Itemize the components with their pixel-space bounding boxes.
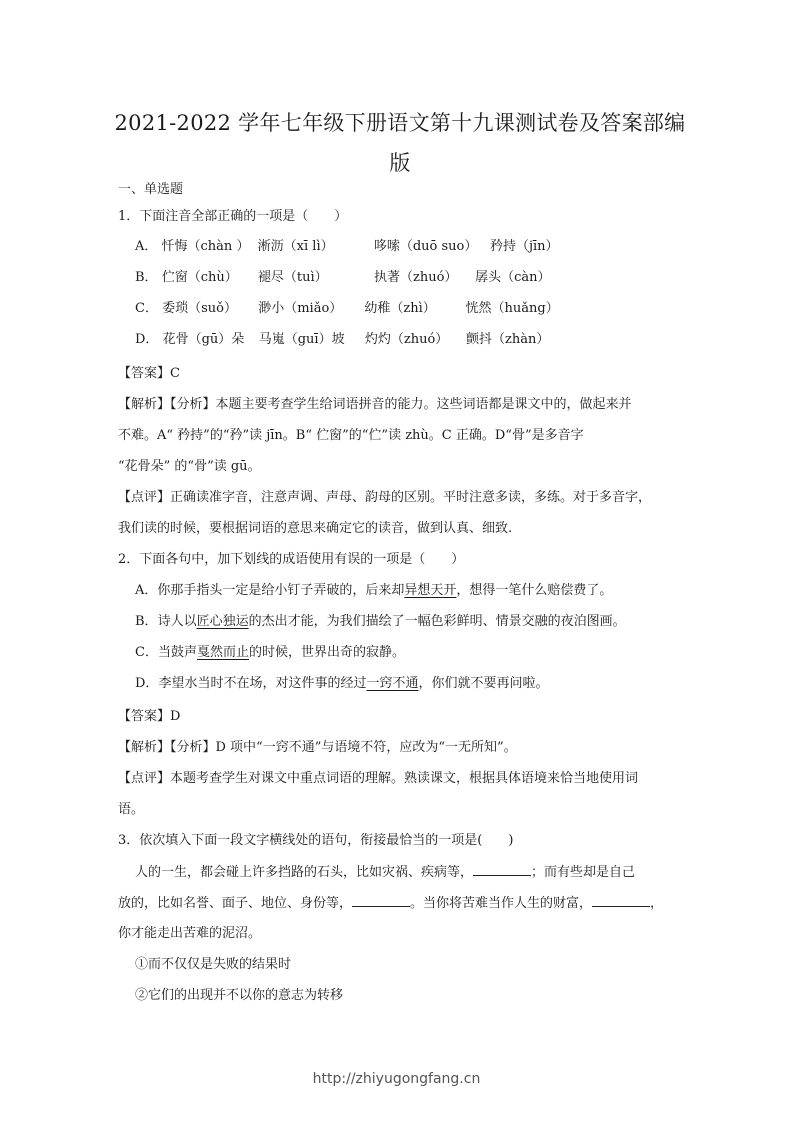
underlined-idiom: 戛然而止 bbox=[197, 645, 249, 660]
q1-option-a: A． 忏悔（chàn ） 淅沥（xī lì） 哆嗦（duō suo） 矜持（jī… bbox=[135, 238, 559, 256]
q3-stem: 3．依次填入下面一段文字横线处的语句，衔接最恰当的一项是( ) bbox=[118, 832, 513, 850]
q1-analysis-line-3: “花骨朵” 的“骨”读 gū。 bbox=[118, 458, 261, 476]
underlined-idiom: 一窍不通 bbox=[366, 676, 418, 691]
underlined-idiom: 匠心独运 bbox=[197, 614, 249, 629]
fill-blank bbox=[592, 894, 650, 907]
title-line-1: 2021-2022 学年七年级下册语文第十九课测试卷及答案部编 bbox=[100, 103, 700, 143]
q3-passage-line-2: 放的，比如名誉、面子、地位、身份等，。当你将苦难当作人生的财富，， bbox=[118, 894, 663, 913]
q2-option-c: C．当鼓声戛然而止的时候，世界出奇的寂静。 bbox=[135, 644, 405, 662]
q2-stem: 2．下面各句中，加下划线的成语使用有误的一项是（ ） bbox=[118, 551, 464, 569]
underlined-idiom: 异想天开 bbox=[404, 583, 456, 598]
q2-option-b: B．诗人以匠心独运的杰出才能，为我们描绘了一幅色彩鲜明、情景交融的夜泊图画。 bbox=[135, 613, 626, 631]
q3-passage-line-1: 人的一生，都会碰上许多挡路的石头，比如灾祸、疾病等，；而有些却是自己 bbox=[135, 863, 635, 882]
q3-choice-2: ②它们的出现并不以你的意志为转移 bbox=[135, 987, 343, 1005]
q2-comment-line-1: 【点评】本题考查学生对课文中重点词语的理解。熟读课文，根据具体语境来恰当地使用词 bbox=[118, 770, 638, 788]
q2-answer: 【答案】D bbox=[118, 708, 180, 726]
q1-option-c: C． 委琐（suǒ） 渺小（miǎo） 幼稚（zhì） 恍然（huǎng） bbox=[135, 300, 559, 318]
q1-option-d: D． 花骨（gū）朵 马嵬（guī）坡 灼灼（zhuó） 颤抖（zhàn） bbox=[135, 331, 549, 349]
q1-answer: 【答案】C bbox=[118, 365, 180, 383]
q3-choice-1: ①而不仅仅是失败的结果时 bbox=[135, 956, 291, 974]
footer-url: http://zhiyugongfang.cn bbox=[0, 1071, 793, 1087]
q1-analysis-line-1: 【解析】【分析】本题主要考查学生给词语拼音的能力。这些词语都是课文中的，做起来并 bbox=[118, 396, 632, 414]
fill-blank bbox=[352, 894, 410, 907]
q2-option-a: A．你那手指头一定是给小钉子弄破的，后来却异想天开，想得一笔什么赔偿费了。 bbox=[135, 582, 612, 600]
q3-passage-line-3: 你才能走出苦难的泥沼。 bbox=[118, 925, 261, 943]
q2-option-d: D．李望水当时不在场，对这件事的经过一窍不通，你们就不要再问啦。 bbox=[135, 675, 548, 693]
q1-option-b: B． 伫窗（chù） 褪尽（tuì） 执著（zhuó） 孱头（càn） bbox=[135, 269, 551, 287]
q2-analysis: 【解析】【分析】D 项中“一窍不通”与语境不符，应改为“一无所知”。 bbox=[118, 739, 517, 757]
section-heading: 一、单选题 bbox=[118, 181, 183, 199]
q2-comment-line-2: 语。 bbox=[118, 801, 144, 819]
q1-comment-line-2: 我们读的时候，要根据词语的意思来确定它的读音，做到认真、细致. bbox=[118, 520, 512, 538]
q1-analysis-line-2: 不难。A“ 矜持”的“矜”读 jīn。B“ 伫窗”的“伫”读 zhù。C 正确。… bbox=[118, 427, 584, 445]
fill-blank bbox=[473, 863, 531, 876]
q1-comment-line-1: 【点评】正确读准字音，注意声调、声母、韵母的区别。平时注意多读，多练。对于多音字… bbox=[118, 489, 651, 507]
title-line-2: 版 bbox=[100, 143, 700, 183]
q1-stem: 1．下面注音全部正确的一项是（ ） bbox=[118, 208, 347, 226]
document-title: 2021-2022 学年七年级下册语文第十九课测试卷及答案部编 版 bbox=[100, 103, 700, 183]
